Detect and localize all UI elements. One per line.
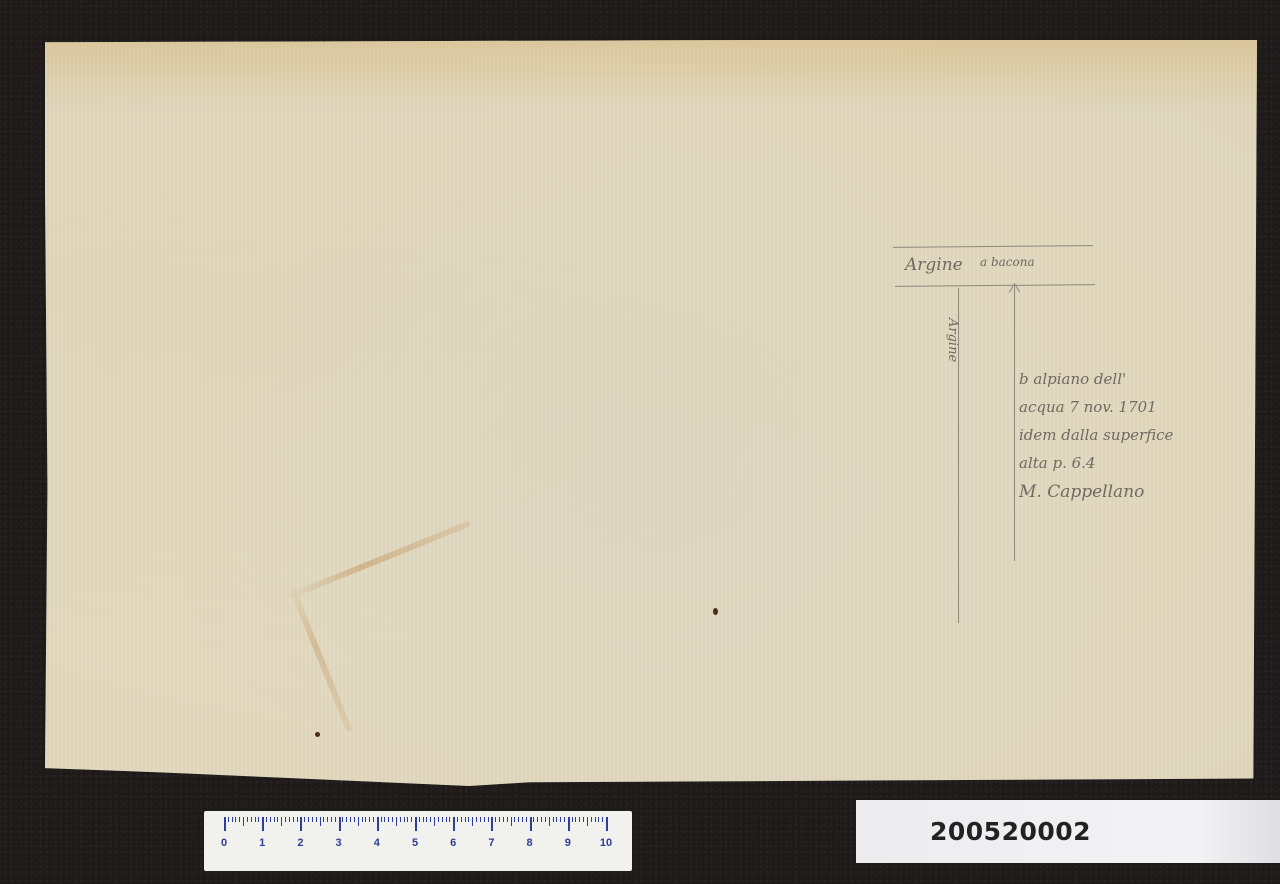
ruler-tick xyxy=(381,817,382,822)
ruler-tick xyxy=(591,817,592,822)
ruler-tick xyxy=(560,817,561,822)
note-line-1: b alpiano dell' xyxy=(1019,370,1126,388)
ruler-tick xyxy=(549,817,550,826)
ruler-tick xyxy=(339,817,341,831)
ruler-tick xyxy=(533,817,534,822)
note-line-3: idem dalla superfice xyxy=(1019,426,1173,444)
measurement-ruler: 0 1 2 3 4 5 6 7 8 9 10 xyxy=(204,811,632,871)
ruler-tick xyxy=(365,817,366,822)
ruler-tick xyxy=(235,817,236,822)
ruler-tick xyxy=(297,817,298,822)
note-signature: M. Cappellano xyxy=(1019,482,1144,502)
ruler-tick xyxy=(446,817,447,822)
ruler-tick xyxy=(499,817,500,822)
ruler-label: 9 xyxy=(565,837,571,849)
ruler-tick xyxy=(350,817,351,822)
ink-spot xyxy=(315,732,320,737)
ruler-tick xyxy=(228,817,229,822)
ruler-ticks xyxy=(224,817,612,833)
ruler-tick xyxy=(449,817,450,822)
ruler-tick xyxy=(346,817,347,822)
ruler-tick xyxy=(595,817,596,822)
ruler-tick xyxy=(392,817,393,822)
ruler-tick xyxy=(602,817,603,822)
ruler-tick xyxy=(224,817,226,831)
ruler-tick xyxy=(568,817,570,831)
ruler-label: 8 xyxy=(527,837,533,849)
ruler-tick xyxy=(281,817,282,826)
ruler-tick xyxy=(530,817,532,831)
ruler-tick xyxy=(537,817,538,822)
ruler-tick xyxy=(342,817,343,822)
ruler-label: 3 xyxy=(336,837,342,849)
ruler-tick xyxy=(572,817,573,822)
ruler-label: 5 xyxy=(412,837,418,849)
ruler-tick xyxy=(277,817,278,822)
ruler-tick xyxy=(369,817,370,822)
ruler-label: 0 xyxy=(221,837,227,849)
ruler-tick xyxy=(457,817,458,822)
ruler-label: 4 xyxy=(374,837,380,849)
ruler-tick xyxy=(243,817,244,826)
ruler-tick xyxy=(232,817,233,822)
ruler-tick xyxy=(247,817,248,822)
ruler-tick xyxy=(480,817,481,822)
ruler-tick xyxy=(507,817,508,822)
ruler-tick xyxy=(442,817,443,822)
vertical-line-right xyxy=(1014,283,1015,561)
ruler-tick xyxy=(396,817,397,826)
ruler-tick xyxy=(606,817,608,831)
ruler-tick xyxy=(239,817,240,822)
ruler-tick xyxy=(335,817,336,822)
ruler-tick xyxy=(556,817,557,822)
ruler-tick xyxy=(488,817,489,822)
ruler-tick xyxy=(541,817,542,822)
ruler-tick xyxy=(526,817,527,822)
ruler-tick xyxy=(316,817,317,822)
ruler-tick xyxy=(491,817,493,831)
ruler-tick xyxy=(388,817,389,822)
ruler-tick xyxy=(407,817,408,822)
ruler-tick xyxy=(411,817,412,822)
ruler-tick xyxy=(579,817,580,822)
ruler-tick xyxy=(438,817,439,822)
note-line-2: acqua 7 nov. 1701 xyxy=(1019,398,1157,416)
ruler-tick xyxy=(331,817,332,822)
ruler-tick xyxy=(320,817,321,826)
ruler-tick xyxy=(285,817,286,822)
ruler-tick xyxy=(251,817,252,822)
ruler-tick xyxy=(583,817,584,822)
ruler-tick xyxy=(426,817,427,822)
ruler-tick xyxy=(415,817,417,831)
ruler-tick xyxy=(484,817,485,822)
ruler-tick xyxy=(461,817,462,822)
ruler-tick xyxy=(274,817,275,822)
ruler-label: 2 xyxy=(297,837,303,849)
header-word-bacona: a bacona xyxy=(980,255,1035,269)
header-word-argine: Argine xyxy=(905,255,963,275)
ruler-tick xyxy=(518,817,519,822)
ruler-tick xyxy=(377,817,379,831)
ruler-tick xyxy=(430,817,431,822)
ruler-tick xyxy=(587,817,588,826)
ruler-tick xyxy=(312,817,313,822)
note-line-4: alta p. 6.4 xyxy=(1019,454,1095,472)
ruler-tick xyxy=(514,817,515,822)
ruler-tick xyxy=(511,817,512,826)
ruler-tick xyxy=(362,817,363,822)
ruler-tick xyxy=(434,817,435,826)
ruler-tick xyxy=(327,817,328,822)
ruler-tick xyxy=(423,817,424,822)
ruler-tick xyxy=(476,817,477,822)
ruler-tick xyxy=(270,817,271,822)
ruler-tick xyxy=(354,817,355,822)
ruler-tick xyxy=(575,817,576,822)
ink-spot xyxy=(713,608,718,615)
ruler-tick xyxy=(400,817,401,822)
ruler-tick xyxy=(465,817,466,822)
ruler-tick xyxy=(503,817,504,822)
ruler-label: 10 xyxy=(600,837,612,849)
ruler-tick xyxy=(258,817,259,822)
ruler-tick xyxy=(255,817,256,822)
ruler-tick xyxy=(522,817,523,822)
ruler-tick xyxy=(304,817,305,822)
ruler-tick xyxy=(323,817,324,822)
catalog-id: 200520002 xyxy=(930,817,1091,846)
ruler-tick xyxy=(545,817,546,822)
ruler-tick xyxy=(564,817,565,822)
ruler-tick xyxy=(553,817,554,822)
ruler-tick xyxy=(404,817,405,822)
ruler-tick xyxy=(308,817,309,822)
ruler-tick xyxy=(468,817,469,822)
ruler-tick xyxy=(384,817,385,822)
ruler-tick xyxy=(598,817,599,822)
ruler-tick xyxy=(300,817,302,831)
ruler-label: 6 xyxy=(450,837,456,849)
ruler-tick xyxy=(373,817,374,822)
ruler-label: 7 xyxy=(488,837,494,849)
ruler-tick xyxy=(289,817,290,822)
ruler-tick xyxy=(495,817,496,822)
ruler-tick xyxy=(472,817,473,826)
document-sheet: Argine a bacona Argine b alpiano dell' a… xyxy=(45,40,1257,786)
catalog-id-label: 200520002 xyxy=(856,800,1280,863)
ruler-tick xyxy=(453,817,455,831)
ruler-tick xyxy=(262,817,264,831)
ruler-label: 1 xyxy=(259,837,265,849)
ruler-tick xyxy=(266,817,267,822)
ruler-tick xyxy=(358,817,359,826)
ruler-tick xyxy=(293,817,294,822)
vertical-label: Argine xyxy=(945,318,960,362)
ruler-tick xyxy=(419,817,420,822)
